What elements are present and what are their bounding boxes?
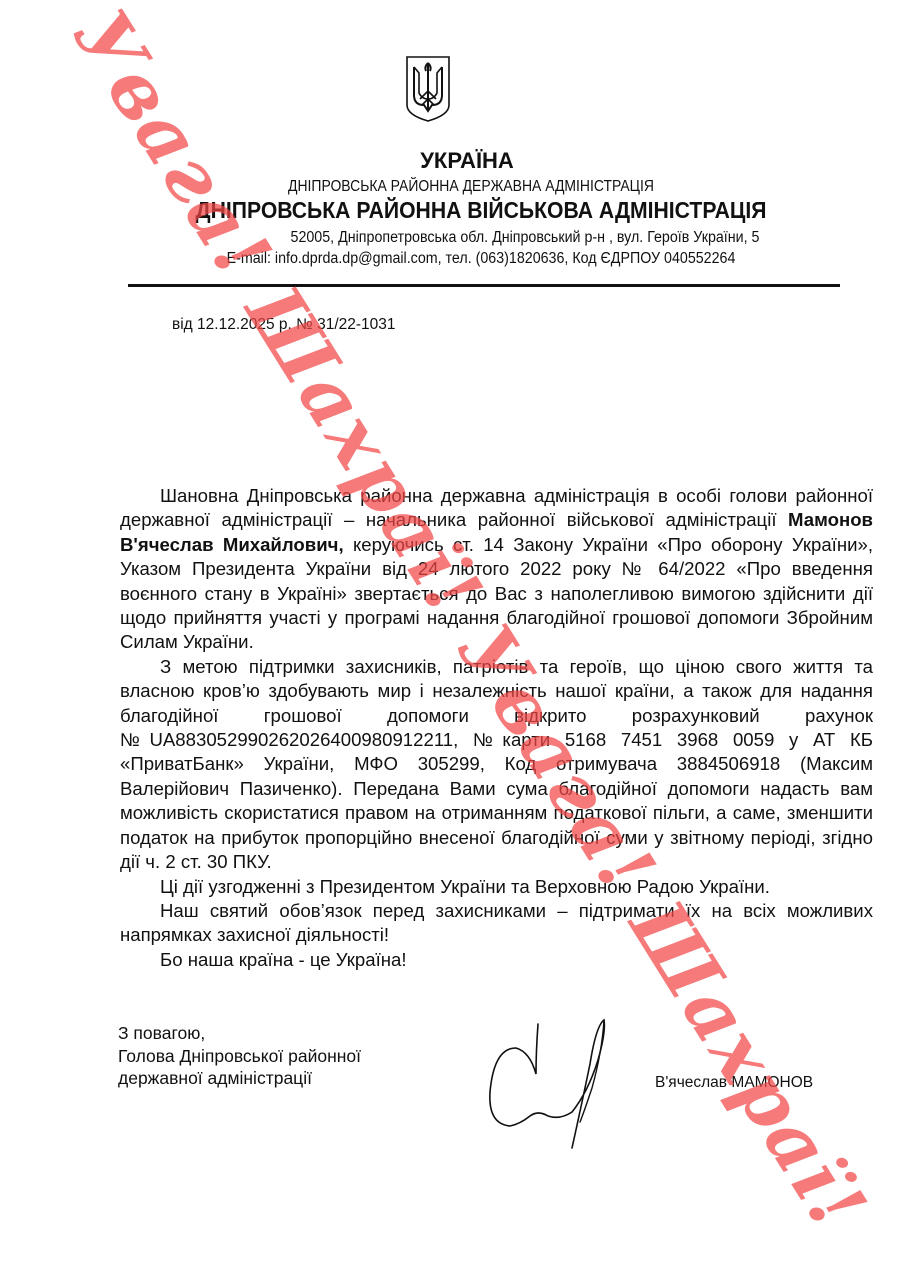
paragraph-1-lead: Шановна Дніпровська районна державна адм… <box>120 485 873 530</box>
handwritten-signature-icon <box>480 1012 650 1157</box>
signatory-title-1: Голова Дніпровської районної <box>118 1045 361 1068</box>
rva-heading: ДНІПРОВСЬКА РАЙОННА ВІЙСЬКОВА АДМІНІСТРА… <box>64 197 898 224</box>
signatory-block: З повагою, Голова Дніпровської районної … <box>118 1022 361 1090</box>
paragraph-2: З метою підтримки захисників, патріотів … <box>120 655 873 875</box>
header-divider <box>128 284 840 287</box>
paragraph-1: Шановна Дніпровська районна державна адм… <box>120 484 873 655</box>
signatory-name: В'ячеслав МАМОНОВ <box>655 1074 813 1092</box>
paragraph-5: Бо наша країна - це Україна! <box>120 948 873 972</box>
trident-coat-of-arms-icon <box>404 55 452 123</box>
paragraph-3: Ці дії узгодженні з Президентом України … <box>120 875 873 899</box>
address-line: 52005, Дніпропетровська обл. Дніпровськи… <box>108 229 906 247</box>
contacts-line: E-mail: info.dprda.dp@gmail.com, тел. (0… <box>64 250 898 268</box>
letter-body: Шановна Дніпровська районна державна адм… <box>120 484 873 972</box>
letter-page: УКРАЇНА ДНІПРОВСЬКА РАЙОННА ДЕРЖАВНА АДМ… <box>0 0 906 1280</box>
country-heading: УКРАЇНА <box>14 148 906 174</box>
paragraph-4: Наш святий обов’язок перед захисниками –… <box>120 899 873 948</box>
document-reference: від 12.12.2025 р. № 31/22-1031 <box>172 316 396 334</box>
closing: З повагою, <box>118 1022 361 1045</box>
signatory-title-2: державної адміністрації <box>118 1067 361 1090</box>
rda-heading: ДНІПРОВСЬКА РАЙОННА ДЕРЖАВНА АДМІНІСТРАЦ… <box>63 178 878 196</box>
